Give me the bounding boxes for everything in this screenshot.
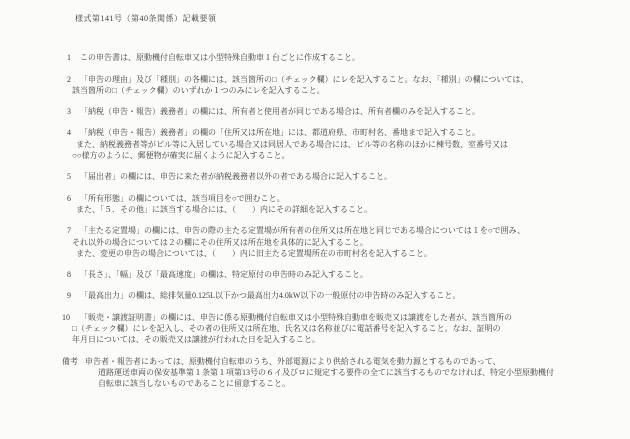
document-page: 様式第141号（第40条関係）記載要領 1 この申告書は、原動機付自転車又は小型… [0,0,630,439]
instruction-item-5: 5 「届出者」の欄には、申告に来た者が納税義務者以外の者である場合に記入すること… [62,171,590,182]
item-number: 3 [62,106,80,117]
item-number: 10 [62,312,80,323]
item-number: 4 [62,127,80,138]
item-number: 2 [62,74,80,85]
instruction-line: 年月日については、その販売又は譲渡が行われた日を記入すること。 [72,334,590,345]
remark-line: 自転車に該当しないものであることに留意すること。 [98,378,590,389]
page-title: 様式第141号（第40条関係）記載要領 [62,13,590,24]
instruction-line: 「所有形態」の欄については、該当項目を○で囲むこと。 [80,193,590,204]
instruction-line: 「販売・譲渡証明書」の欄には、申告に係る原動機付自転車又は小型特殊自動車を販売又… [80,312,590,323]
item-number: 8 [62,269,80,280]
instruction-line: また、納税義務者等がビル等に入居している場合又は同居人である場合には、ビル等の名… [76,139,590,150]
instruction-item-1: 1 この申告書は、原動機付自転車又は小型特殊自動車１台ごとに作成すること。 [62,52,590,63]
instruction-line: 「届出者」の欄には、申告に来た者が納税義務者以外の者である場合に記入すること。 [80,171,590,182]
item-number: 6 [62,193,80,204]
instruction-item-7: 7 「主たる定置場」の欄には、申告の際の主たる定置場が所有者の住所又は所在地と同… [62,225,590,259]
instruction-line: 「申告の理由」及び「種別」の各欄には、該当箇所の□（チェック欄）にレを記入するこ… [80,74,590,85]
instruction-line: ○○様方のように、郵便物が確実に届くように記入すること。 [72,150,590,161]
remark-label: 備考 [62,356,85,367]
remark-section: 備考 申告者・報告者にあっては、原動機付自転車のうち、外部電源により供給される電… [62,356,590,390]
instruction-line: 「納税（申告・報告）義務者」の欄の「住所又は所在地」には、都道府県、市町村名、番… [80,127,590,138]
item-number: 5 [62,171,80,182]
instruction-line: この申告書は、原動機付自転車又は小型特殊自動車１台ごとに作成すること。 [80,52,590,63]
instruction-item-9: 9 「最高出力」の欄は、総排気量0.125L以下かつ最高出力4.0kW以下の一般… [62,290,590,301]
instruction-item-2: 2 「申告の理由」及び「種別」の各欄には、該当箇所の□（チェック欄）にレを記入す… [62,74,590,97]
instruction-item-6: 6 「所有形態」の欄については、該当項目を○で囲むこと。 また、「５．その他」に… [62,193,590,216]
item-number: 1 [62,52,80,63]
instruction-line: また、変更の申告の場合については、（ ）内に旧主たる定置場所在の市町村名を記入す… [76,248,590,259]
instruction-line: 「最高出力」の欄は、総排気量0.125L以下かつ最高出力4.0kW以下の一般原付… [80,290,590,301]
instruction-line: 「主たる定置場」の欄には、申告の際の主たる定置場が所有者の住所又は所在地と同じで… [80,225,590,236]
instruction-item-4: 4 「納税（申告・報告）義務者」の欄の「住所又は所在地」には、都道府県、市町村名… [62,127,590,161]
instruction-item-10: 10 「販売・譲渡証明書」の欄には、申告に係る原動機付自転車又は小型特殊自動車を… [62,312,590,346]
instruction-line: 該当箇所の□（チェック欄）のいずれか１つのみにレを記入すること。 [72,85,590,96]
instruction-line: また、「５．その他」に該当する場合には、（ ）内にその詳細を記入すること。 [76,204,590,215]
remark-line: 申告者・報告者にあっては、原動機付自転車のうち、外部電源により供給される電気を動… [85,356,590,367]
instruction-line: □（チェック欄）にレを記入し、その者の住所又は所在地、氏名又は名称並びに電話番号… [72,323,590,334]
item-number: 9 [62,290,80,301]
instruction-line: それ以外の場合については２の欄にその住所又は所在地を具体的に記入すること。 [72,237,590,248]
instruction-item-8: 8 「長さ」、「幅」及び「最高速度」の欄は、特定原付の申告時のみ記入すること。 [62,269,590,280]
instruction-item-3: 3 「納税（申告・報告）義務者」の欄には、所有者と使用者が同じである場合は、所有… [62,106,590,117]
remark-line: 道路運送車両の保安基準第１条第１項第13号の６イ及びロに規定する要件の全てに該当… [98,367,590,378]
instruction-line: 「納税（申告・報告）義務者」の欄には、所有者と使用者が同じである場合は、所有者欄… [80,106,590,117]
instruction-line: 「長さ」、「幅」及び「最高速度」の欄は、特定原付の申告時のみ記入すること。 [80,269,590,280]
item-number: 7 [62,225,80,236]
